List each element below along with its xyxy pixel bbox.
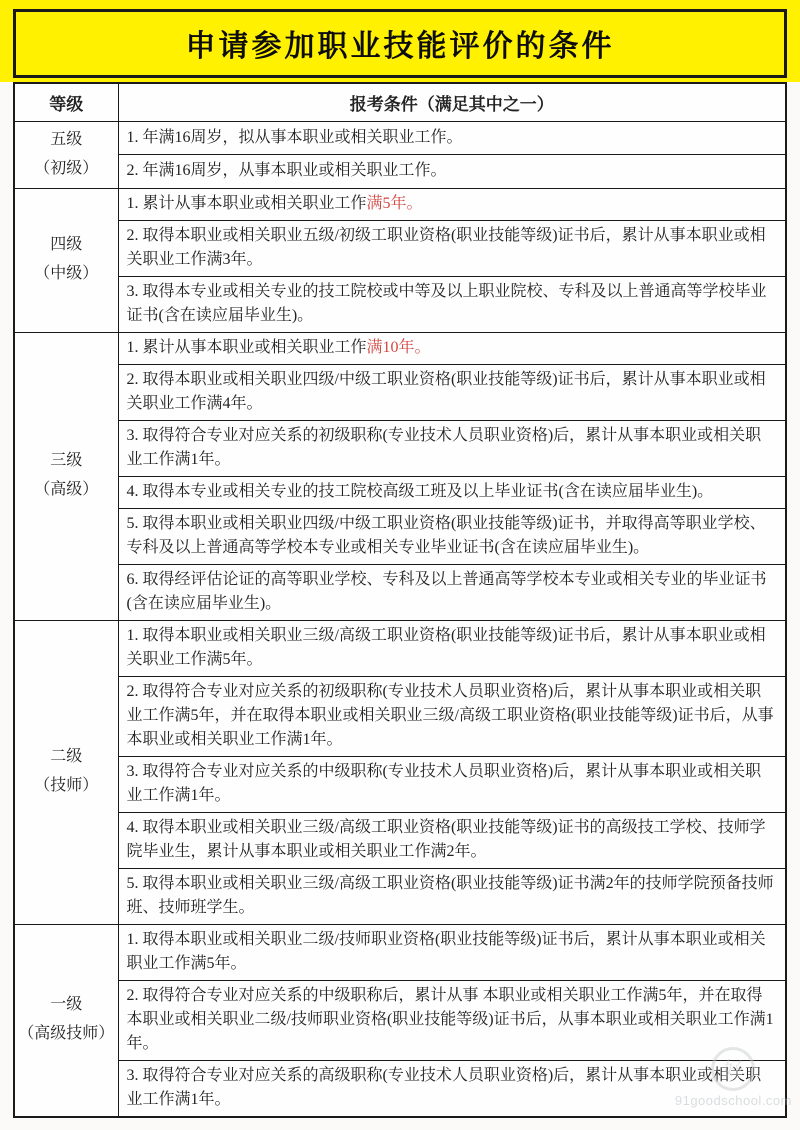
condition-cell: 3. 取得本专业或相关专业的技工院校或中等及以上职业院校、专科及以上普通高等学校… — [118, 276, 786, 332]
level-name-line: （技师） — [16, 772, 117, 801]
condition-text: 1. 累计从事本职业或相关职业工作 — [127, 195, 367, 212]
level-name-line: 一级 — [16, 991, 117, 1020]
level-name-line: （高级技师） — [16, 1020, 117, 1049]
level-name-line: 四级 — [16, 231, 117, 260]
table-row: 3. 取得符合专业对应关系的中级职称(专业技术人员职业资格)后，累计从事本职业或… — [14, 756, 786, 812]
condition-cell: 3. 取得符合专业对应关系的初级职称(专业技术人员职业资格)后，累计从事本职业或… — [118, 420, 786, 476]
condition-cell: 2. 取得本职业或相关职业四级/中级工职业资格(职业技能等级)证书后，累计从事本… — [118, 364, 786, 420]
condition-text: 1. 取得本职业或相关职业二级/技师职业资格(职业技能等级)证书后，累计从事本职… — [127, 931, 766, 972]
table-row: 4. 取得本专业或相关专业的技工院校高级工班及以上毕业证书(含在读应届毕业生)。 — [14, 476, 786, 508]
condition-cell: 1. 累计从事本职业或相关职业工作满5年。 — [118, 188, 786, 220]
level-name-line: （高级） — [16, 476, 117, 505]
level-name-line: 五级 — [16, 126, 117, 155]
document-page: 申请参加职业技能评价的条件 等级 报考条件（满足其中之一） 五级（初级）1. 年… — [0, 0, 800, 1130]
level-cell: 二级（技师） — [14, 620, 118, 924]
level-name-line: 三级 — [16, 447, 117, 476]
table-row: 2. 取得本职业或相关职业五级/初级工职业资格(职业技能等级)证书后，累计从事本… — [14, 220, 786, 276]
table-row: 2. 年满16周岁，从事本职业或相关职业工作。 — [14, 155, 786, 188]
condition-cell: 1. 取得本职业或相关职业二级/技师职业资格(职业技能等级)证书后，累计从事本职… — [118, 924, 786, 980]
condition-text: 3. 取得符合专业对应关系的中级职称(专业技术人员职业资格)后，累计从事本职业或… — [127, 763, 762, 804]
condition-cell: 3. 取得符合专业对应关系的高级职称(专业技术人员职业资格)后，累计从事本职业或… — [118, 1060, 786, 1117]
title-banner: 申请参加职业技能评价的条件 — [0, 0, 800, 82]
table-row: 6. 取得经评估论证的高等职业学校、专科及以上普通高等学校本专业或相关专业的毕业… — [14, 564, 786, 620]
condition-text: 6. 取得经评估论证的高等职业学校、专科及以上普通高等学校本专业或相关专业的毕业… — [127, 571, 767, 612]
condition-text: 2. 取得符合专业对应关系的中级职称后，累计从事 本职业或相关职业工作满5年，并… — [127, 987, 774, 1052]
condition-text: 4. 取得本专业或相关专业的技工院校高级工班及以上毕业证书(含在读应届毕业生)。 — [127, 483, 714, 500]
table-row: 5. 取得本职业或相关职业四级/中级工职业资格(职业技能等级)证书，并取得高等职… — [14, 508, 786, 564]
condition-cell: 1. 累计从事本职业或相关职业工作满10年。 — [118, 332, 786, 364]
table-row: 四级（中级）1. 累计从事本职业或相关职业工作满5年。 — [14, 188, 786, 220]
table-row: 2. 取得本职业或相关职业四级/中级工职业资格(职业技能等级)证书后，累计从事本… — [14, 364, 786, 420]
condition-text: 3. 取得符合专业对应关系的高级职称(专业技术人员职业资格)后，累计从事本职业或… — [127, 1067, 762, 1108]
condition-cell: 4. 取得本职业或相关职业三级/高级工职业资格(职业技能等级)证书的高级技工学校… — [118, 812, 786, 868]
condition-text-highlight: 满5年。 — [367, 195, 423, 212]
table-row: 2. 取得符合专业对应关系的初级职称(专业技术人员职业资格)后，累计从事本职业或… — [14, 676, 786, 756]
condition-cell: 1. 取得本职业或相关职业三级/高级工职业资格(职业技能等级)证书后，累计从事本… — [118, 620, 786, 676]
condition-text: 3. 取得符合专业对应关系的初级职称(专业技术人员职业资格)后，累计从事本职业或… — [127, 427, 762, 468]
condition-cell: 5. 取得本职业或相关职业三级/高级工职业资格(职业技能等级)证书满2年的技师学… — [118, 868, 786, 924]
table-row: 4. 取得本职业或相关职业三级/高级工职业资格(职业技能等级)证书的高级技工学校… — [14, 812, 786, 868]
table-row: 3. 取得符合专业对应关系的高级职称(专业技术人员职业资格)后，累计从事本职业或… — [14, 1060, 786, 1117]
level-name-line: （初级） — [16, 155, 117, 184]
condition-text: 1. 取得本职业或相关职业三级/高级工职业资格(职业技能等级)证书后，累计从事本… — [127, 627, 766, 668]
condition-cell: 3. 取得符合专业对应关系的中级职称(专业技术人员职业资格)后，累计从事本职业或… — [118, 756, 786, 812]
table-header-row: 等级 报考条件（满足其中之一） — [14, 83, 786, 122]
level-name-line: （中级） — [16, 260, 117, 289]
table-row: 5. 取得本职业或相关职业三级/高级工职业资格(职业技能等级)证书满2年的技师学… — [14, 868, 786, 924]
table-row: 3. 取得符合专业对应关系的初级职称(专业技术人员职业资格)后，累计从事本职业或… — [14, 420, 786, 476]
condition-text: 2. 取得符合专业对应关系的初级职称(专业技术人员职业资格)后，累计从事本职业或… — [127, 683, 774, 748]
condition-text: 2. 取得本职业或相关职业五级/初级工职业资格(职业技能等级)证书后，累计从事本… — [127, 227, 766, 268]
table-row: 二级（技师）1. 取得本职业或相关职业三级/高级工职业资格(职业技能等级)证书后… — [14, 620, 786, 676]
column-header-conditions: 报考条件（满足其中之一） — [118, 83, 786, 122]
level-cell: 一级（高级技师） — [14, 924, 118, 1117]
table-row: 五级（初级）1. 年满16周岁，拟从事本职业或相关职业工作。 — [14, 122, 786, 155]
table-row: 三级（高级）1. 累计从事本职业或相关职业工作满10年。 — [14, 332, 786, 364]
level-cell: 五级（初级） — [14, 122, 118, 189]
condition-cell: 2. 年满16周岁，从事本职业或相关职业工作。 — [118, 155, 786, 188]
condition-text: 2. 年满16周岁，从事本职业或相关职业工作。 — [127, 162, 447, 179]
page-title: 申请参加职业技能评价的条件 — [13, 9, 787, 78]
condition-text: 3. 取得本专业或相关专业的技工院校或中等及以上职业院校、专科及以上普通高等学校… — [127, 283, 767, 324]
condition-cell: 4. 取得本专业或相关专业的技工院校高级工班及以上毕业证书(含在读应届毕业生)。 — [118, 476, 786, 508]
condition-cell: 2. 取得本职业或相关职业五级/初级工职业资格(职业技能等级)证书后，累计从事本… — [118, 220, 786, 276]
condition-cell: 5. 取得本职业或相关职业四级/中级工职业资格(职业技能等级)证书，并取得高等职… — [118, 508, 786, 564]
table-row: 2. 取得符合专业对应关系的中级职称后，累计从事 本职业或相关职业工作满5年，并… — [14, 980, 786, 1060]
condition-text: 5. 取得本职业或相关职业三级/高级工职业资格(职业技能等级)证书满2年的技师学… — [127, 875, 774, 916]
table-row: 3. 取得本专业或相关专业的技工院校或中等及以上职业院校、专科及以上普通高等学校… — [14, 276, 786, 332]
condition-text: 5. 取得本职业或相关职业四级/中级工职业资格(职业技能等级)证书，并取得高等职… — [127, 515, 766, 556]
condition-text: 2. 取得本职业或相关职业四级/中级工职业资格(职业技能等级)证书后，累计从事本… — [127, 371, 766, 412]
condition-text: 1. 年满16周岁，拟从事本职业或相关职业工作。 — [127, 129, 463, 146]
condition-cell: 1. 年满16周岁，拟从事本职业或相关职业工作。 — [118, 122, 786, 155]
condition-text-highlight: 满10年。 — [367, 339, 431, 356]
level-name-line: 二级 — [16, 743, 117, 772]
level-cell: 三级（高级） — [14, 332, 118, 620]
condition-cell: 6. 取得经评估论证的高等职业学校、专科及以上普通高等学校本专业或相关专业的毕业… — [118, 564, 786, 620]
column-header-level: 等级 — [14, 83, 118, 122]
bottom-margin — [0, 1118, 800, 1130]
condition-text: 1. 累计从事本职业或相关职业工作 — [127, 339, 367, 356]
conditions-table-body: 五级（初级）1. 年满16周岁，拟从事本职业或相关职业工作。2. 年满16周岁，… — [14, 122, 786, 1117]
level-cell: 四级（中级） — [14, 188, 118, 332]
condition-cell: 2. 取得符合专业对应关系的中级职称后，累计从事 本职业或相关职业工作满5年，并… — [118, 980, 786, 1060]
table-row: 一级（高级技师）1. 取得本职业或相关职业二级/技师职业资格(职业技能等级)证书… — [14, 924, 786, 980]
condition-cell: 2. 取得符合专业对应关系的初级职称(专业技术人员职业资格)后，累计从事本职业或… — [118, 676, 786, 756]
conditions-table: 等级 报考条件（满足其中之一） 五级（初级）1. 年满16周岁，拟从事本职业或相… — [13, 82, 787, 1118]
condition-text: 4. 取得本职业或相关职业三级/高级工职业资格(职业技能等级)证书的高级技工学校… — [127, 819, 766, 860]
